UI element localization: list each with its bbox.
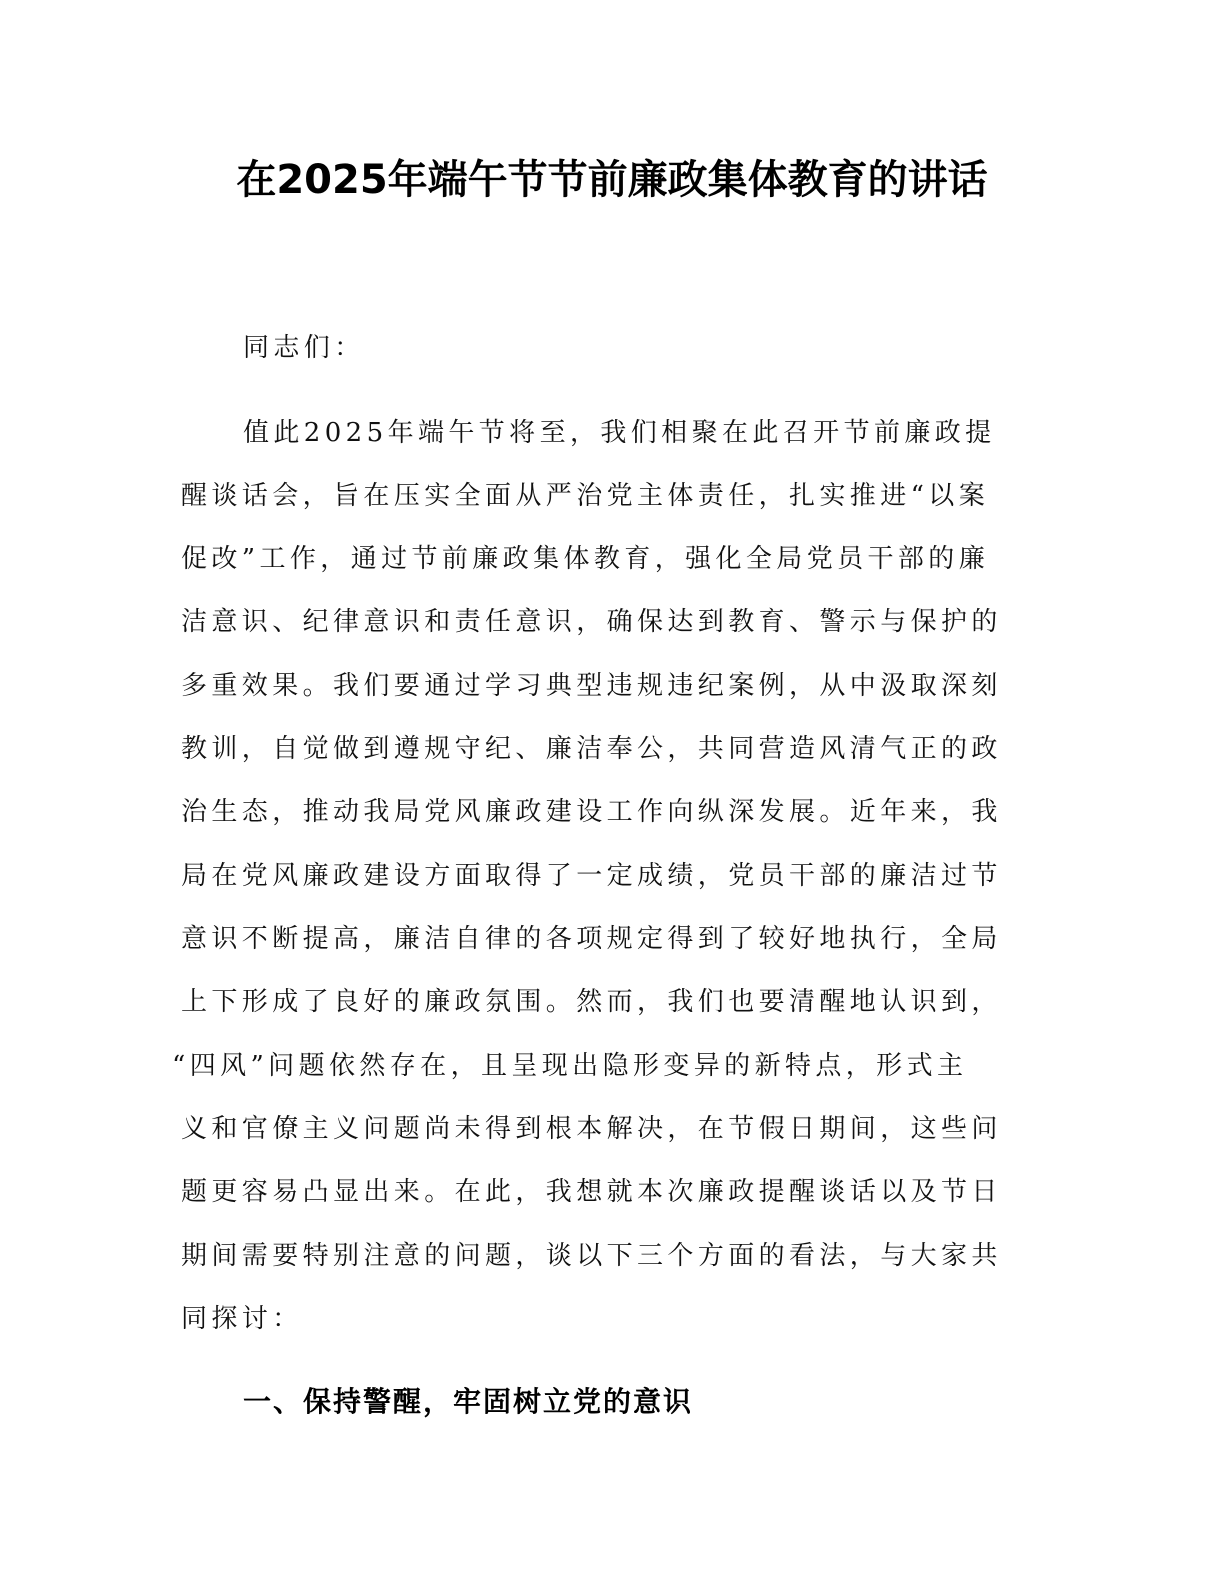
paragraph-line: 洁意识、纪律意识和责任意识，确保达到教育、警示与保护的	[181, 602, 1041, 642]
paragraph-line: 多重效果。我们要通过学习典型违规违纪案例，从中汲取深刻	[181, 666, 1041, 706]
document-title: 在2025年端午节节前廉政集体教育的讲话	[0, 148, 1224, 212]
document-page: 在2025年端午节节前廉政集体教育的讲话 同志们： 值此2025年端午节将至，我…	[0, 0, 1224, 1584]
paragraph-line: 期间需要特别注意的问题，谈以下三个方面的看法，与大家共	[181, 1236, 1041, 1276]
paragraph-line: 意识不断提高，廉洁自律的各项规定得到了较好地执行，全局	[181, 919, 1041, 959]
paragraph-line: 局在党风廉政建设方面取得了一定成绩，党员干部的廉洁过节	[181, 856, 1041, 896]
paragraph-line: 义和官僚主义问题尚未得到根本解决，在节假日期间，这些问	[181, 1109, 1041, 1149]
paragraph-line: 教训，自觉做到遵规守纪、廉洁奉公，共同营造风清气正的政	[181, 729, 1041, 769]
section-heading: 一、保持警醒，牢固树立党的意识	[243, 1380, 693, 1424]
paragraph-line: 上下形成了良好的廉政氛围。然而，我们也要清醒地认识到，	[181, 982, 1041, 1022]
paragraph-line: 治生态，推动我局党风廉政建设工作向纵深发展。近年来，我	[181, 792, 1041, 832]
paragraph-line: “四风”问题依然存在，且呈现出隐形变异的新特点，形式主	[172, 1046, 1032, 1086]
paragraph-line: 值此2025年端午节将至，我们相聚在此召开节前廉政提	[243, 413, 1103, 453]
paragraph-line: 醒谈话会，旨在压实全面从严治党主体责任，扎实推进“以案	[181, 476, 1041, 516]
salutation: 同志们：	[243, 328, 1103, 368]
paragraph-line: 同探讨：	[181, 1299, 1041, 1339]
paragraph-line: 题更容易凸显出来。在此，我想就本次廉政提醒谈话以及节日	[181, 1172, 1041, 1212]
paragraph-line: 促改”工作，通过节前廉政集体教育，强化全局党员干部的廉	[181, 539, 1041, 579]
